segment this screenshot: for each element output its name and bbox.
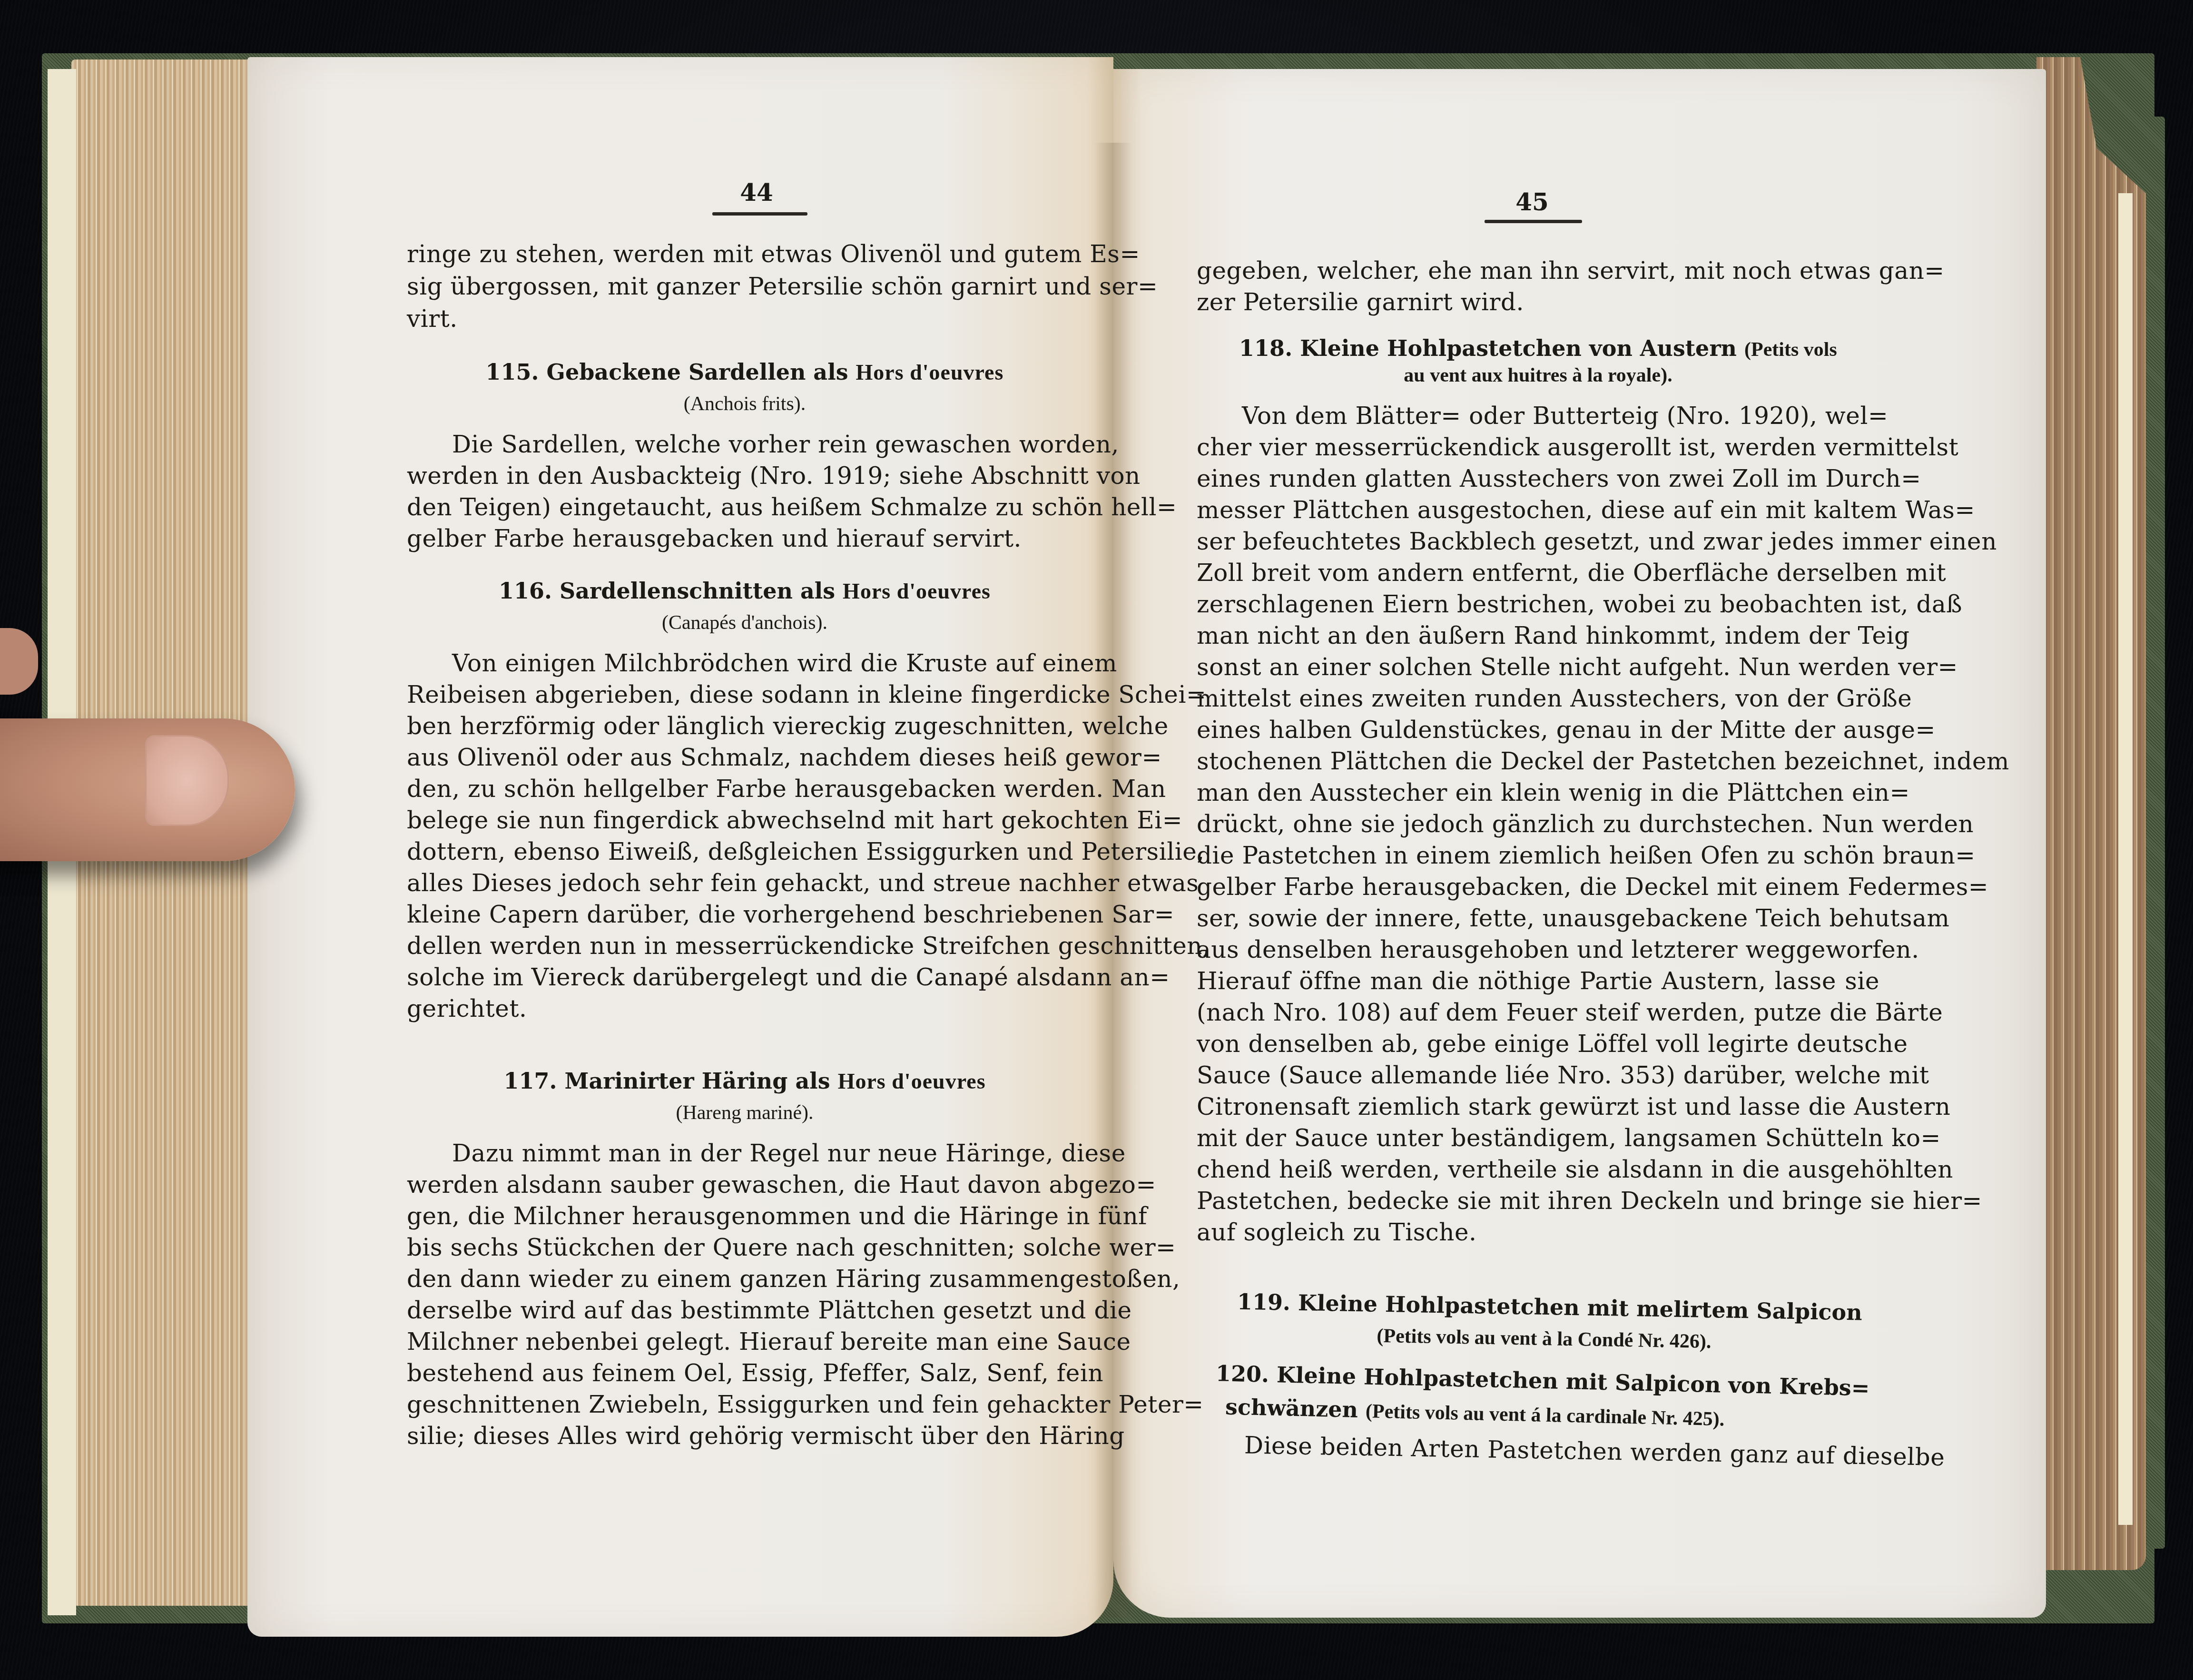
text-line: kleine Capern darüber, die vorhergehend … — [407, 901, 1082, 928]
recipe-title-latin: Hors d'oeuvres — [856, 360, 1004, 384]
text-line: Citronensaft ziemlich stark gewürzt ist … — [1197, 1093, 1879, 1120]
text-line: Von einigen Milchbrödchen wird die Krust… — [407, 649, 1082, 677]
text-line: alles Dieses jedoch sehr fein gehackt, u… — [407, 869, 1082, 897]
text-line: (nach Nro. 108) auf dem Feuer steif werd… — [1197, 999, 1879, 1026]
text-line: man den Ausstecher ein klein wenig in di… — [1197, 779, 1879, 806]
text-line: drückt, ohne sie jedoch gänzlich zu durc… — [1197, 810, 1879, 838]
text-line: den Teigen) eingetaucht, aus heißem Schm… — [407, 493, 1082, 521]
text-line: gelber Farbe herausgebacken, die Deckel … — [1197, 873, 1879, 901]
recipe-title: Gebackene Sardellen als — [547, 359, 848, 385]
text-line: ser, sowie der innere, fette, unausgebac… — [1197, 904, 1879, 932]
recipe-title-latin: Hors d'oeuvres — [843, 579, 991, 603]
text-line: belege sie nun fingerdick abwechselnd mi… — [407, 806, 1082, 834]
recipe-heading-117: 117. Marinirter Häring als Hors d'oeuvre… — [407, 1068, 1082, 1094]
text-line: derselbe wird auf das bestimmte Plättche… — [407, 1297, 1082, 1324]
text-line: Hierauf öffne man die nöthige Partie Aus… — [1197, 967, 1879, 995]
left-continuation: ringe zu stehen, werden mit etwas Oliven… — [407, 240, 1082, 333]
text-line: mit der Sauce unter beständigem, langsam… — [1197, 1124, 1879, 1152]
text-line: Von dem Blätter= oder Butterteig (Nro. 1… — [1197, 402, 1879, 430]
recipe-heading-115: 115. Gebackene Sardellen als Hors d'oeuv… — [407, 359, 1082, 385]
text-line: messer Plättchen ausgestochen, diese auf… — [1197, 496, 1879, 524]
text-line: gerichtet. — [407, 995, 1082, 1022]
recipe-number: 119. — [1237, 1289, 1291, 1316]
text-line: werden alsdann sauber gewaschen, die Hau… — [407, 1171, 1082, 1199]
text-line: cher vier messerrückendick ausgerollt is… — [1197, 433, 1879, 461]
text-line: gelber Farbe herausgebacken und hierauf … — [407, 525, 1082, 552]
text-line: auf sogleich zu Tische. — [1197, 1218, 1879, 1246]
text-line: Zoll breit vom andern entfernt, die Ober… — [1197, 559, 1879, 587]
text-line: Sauce (Sauce allemande liée Nro. 353) da… — [1197, 1061, 1879, 1089]
thumb — [0, 718, 295, 861]
text-line: gegeben, welcher, ehe man ihn servirt, m… — [1197, 257, 1879, 285]
text-line: den dann wieder zu einem ganzen Häring z… — [407, 1265, 1082, 1293]
recipe-body-115: Die Sardellen, welche vorher rein gewasc… — [407, 431, 1082, 552]
text-line: Pastetchen, bedecke sie mit ihren Deckel… — [1197, 1187, 1879, 1215]
recipe-subtitle-115: (Anchois frits). — [407, 393, 1082, 415]
text-line: werden in den Ausbackteig (Nro. 1919; si… — [407, 462, 1082, 490]
recipe-title: Marinirter Häring als — [565, 1068, 830, 1094]
text-line: den, zu schön hellgelber Farbe herausgeb… — [407, 775, 1082, 803]
text-line: geschnittenen Zwiebeln, Essiggurken und … — [407, 1391, 1082, 1418]
page-edges-right — [2036, 57, 2146, 1570]
recipe-number: 115. — [486, 359, 539, 385]
recipe-title: schwänzen — [1225, 1394, 1358, 1423]
text-line: Milchner nebenbei gelegt. Hierauf bereit… — [407, 1328, 1082, 1356]
recipe-body-116: Von einigen Milchbrödchen wird die Krust… — [407, 649, 1082, 1022]
recipe-heading-116: 116. Sardellenschnitten als Hors d'oeuvr… — [407, 578, 1082, 604]
text-line: chend heiß werden, vertheile sie alsdann… — [1197, 1156, 1879, 1183]
text-line: gen, die Milchner herausgenommen und die… — [407, 1202, 1082, 1230]
page-number-rule — [712, 212, 807, 216]
recipe-subtitle-117: (Hareng mariné). — [407, 1101, 1082, 1124]
recipe-title: Kleine Hohlpastetchen von Austern — [1300, 335, 1737, 361]
recipe-number: 116. — [499, 578, 552, 604]
recipe-body-117: Dazu nimmt man in der Regel nur neue Här… — [407, 1140, 1082, 1450]
text-line: Die Sardellen, welche vorher rein gewasc… — [407, 431, 1082, 458]
text-line: von denselben ab, gebe einige Löffel vol… — [1197, 1030, 1879, 1058]
text-line: ser befeuchtetes Backblech gesetzt, und … — [1197, 528, 1879, 555]
recipe-body-118: Von dem Blätter= oder Butterteig (Nro. 1… — [1197, 402, 1879, 1246]
text-line: ringe zu stehen, werden mit etwas Oliven… — [407, 240, 1082, 268]
right-continuation: gegeben, welcher, ehe man ihn servirt, m… — [1197, 257, 1879, 316]
page-number-rule — [1485, 220, 1582, 223]
text-line: aus denselben herausgehoben und letztere… — [1197, 936, 1879, 963]
text-line: ben herzförmig oder länglich viereckig z… — [407, 712, 1082, 740]
text-line: zer Petersilie garnirt wird. — [1197, 288, 1879, 316]
recipe-title: Sardellenschnitten als — [560, 578, 835, 604]
recipe-subtitle-116: (Canapés d'anchois). — [407, 611, 1082, 634]
recipe-number: 118. — [1239, 335, 1292, 361]
thumbnail — [145, 735, 229, 826]
text-line: eines halben Guldenstückes, genau in der… — [1197, 716, 1879, 744]
recipe-subtitle-118: au vent aux huitres à la royale). — [1197, 364, 1879, 387]
page-number-45: 45 — [1487, 188, 1577, 216]
recipe-title-french: (Petits vols — [1744, 339, 1837, 361]
text-line: bis sechs Stückchen der Quere nach gesch… — [407, 1234, 1082, 1261]
text-line: aus Olivenöl oder aus Schmalz, nachdem d… — [407, 744, 1082, 771]
flyleaf-right — [2118, 193, 2133, 1524]
text-line: stochenen Plättchen die Deckel der Paste… — [1197, 747, 1879, 775]
recipe-heading-118: 118. Kleine Hohlpastetchen von Austern (… — [1197, 335, 1879, 361]
text-line: sonst an einer solchen Stelle nicht aufg… — [1197, 653, 1879, 681]
text-line: dottern, ebenso Eiweiß, deßgleichen Essi… — [407, 838, 1082, 865]
text-line: solche im Viereck darübergelegt und die … — [407, 963, 1082, 991]
text-line: virt. — [407, 305, 1082, 333]
text-line: zerschlagenen Eiern bestrichen, wobei zu… — [1197, 590, 1879, 618]
text-line: silie; dieses Alles wird gehörig vermisc… — [407, 1422, 1082, 1450]
text-line: Dazu nimmt man in der Regel nur neue Här… — [407, 1140, 1082, 1167]
text-line: die Pastetchen in einem ziemlich heißen … — [1197, 842, 1879, 869]
text-line: dellen werden nun in messerrückendicke S… — [407, 932, 1082, 960]
text-line: mittelst eines zweiten runden Ausstecher… — [1197, 685, 1879, 712]
recipe-number: 117. — [503, 1068, 557, 1094]
text-line: bestehend aus feinem Oel, Essig, Pfeffer… — [407, 1359, 1082, 1387]
text-line: eines runden glatten Ausstechers von zwe… — [1197, 465, 1879, 492]
text-line: sig übergossen, mit ganzer Petersilie sc… — [407, 273, 1082, 300]
text-line: man nicht an den äußern Rand hinkommt, i… — [1197, 622, 1879, 649]
text-line: Reibeisen abgerieben, diese sodann in kl… — [407, 681, 1082, 708]
page-number-44: 44 — [711, 178, 802, 206]
recipe-title-latin: Hors d'oeuvres — [838, 1069, 986, 1093]
recipe-number: 120. — [1216, 1360, 1269, 1387]
